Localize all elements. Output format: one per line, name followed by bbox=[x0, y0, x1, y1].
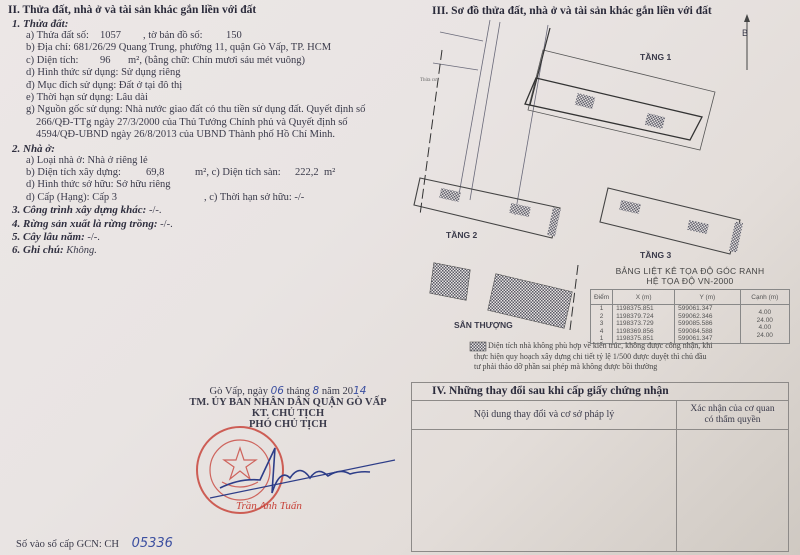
year: 14 bbox=[353, 385, 366, 397]
organization: TM. ỦY BAN NHÂN DÂN QUẬN GÒ VẤP bbox=[178, 397, 398, 408]
build-area-row: b) Diện tích xây dựng: 69,8 m², c) Diện … bbox=[8, 167, 398, 179]
perennial-value: -/-. bbox=[85, 232, 100, 243]
month: 8 bbox=[313, 385, 320, 397]
registry-number-row: Số vào sổ cấp GCN: CH 05336 bbox=[16, 536, 173, 551]
legend-note-2: thực hiện quy hoạch xây dựng chi tiết tỷ… bbox=[474, 352, 713, 363]
area-value: 96 bbox=[100, 55, 111, 67]
col-change-content: Nội dung thay đổi và cơ sở pháp lý bbox=[412, 401, 677, 429]
origin-line-3: 4594/QĐ-UBND ngày 26/8/2013 của UBND Thà… bbox=[8, 129, 398, 141]
build-area-label: b) Diện tích xây dựng: bbox=[26, 167, 121, 178]
address: b) Địa chỉ: 681/26/29 Quang Trung, phườn… bbox=[8, 42, 398, 54]
registry-label: Số vào sổ cấp GCN: CH bbox=[16, 539, 119, 550]
col-authority-confirmation: Xác nhận của cơ quan có thẩm quyền bbox=[677, 401, 788, 429]
grade: d) Cấp (Hạng): Cấp 3 bbox=[26, 192, 117, 203]
legend-note: Diện tích nhà không phù hợp về kiến trúc… bbox=[488, 341, 713, 373]
section-4-title: IV. Những thay đổi sau khi cấp giấy chứn… bbox=[412, 383, 788, 401]
ownership-form: d) Hình thức sở hữu: Sở hữu riêng bbox=[8, 179, 398, 191]
use-purpose: đ) Mục đích sử dụng: Đất ở tại đô thị bbox=[8, 80, 398, 92]
legend-note-3: tư phải tháo dỡ phần sai phép mà không đ… bbox=[474, 362, 713, 373]
registry-number: 05336 bbox=[132, 536, 173, 551]
other-construction-label: 3. Công trình xây dựng khác: bbox=[12, 204, 146, 216]
floor-3-label: TẦNG 3 bbox=[640, 250, 671, 260]
signer-name: Trần Anh Tuấn bbox=[236, 500, 302, 512]
site-diagram: III. Sơ đồ thửa đất, nhà ở và tài sản kh… bbox=[400, 0, 800, 372]
area-label: c) Diện tích: bbox=[26, 55, 78, 66]
col-edge: Cạnh (m) bbox=[740, 290, 789, 305]
note-value: Không. bbox=[64, 245, 97, 256]
parcel-number-row: a) Thửa đất số: 1057 , tờ bản đồ số: 150 bbox=[8, 30, 398, 42]
perennial: 5. Cây lâu năm: -/-. bbox=[8, 231, 398, 244]
role-1: KT. CHỦ TỊCH bbox=[178, 408, 398, 419]
place-date-prefix: Gò Vấp, ngày bbox=[210, 386, 268, 397]
forest: 4. Rừng sản xuất là rừng trồng: -/-. bbox=[8, 218, 398, 231]
year-label: năm 20 bbox=[322, 386, 353, 397]
coord-title-1: BẢNG LIỆT KÊ TỌA ĐỘ GÓC RANH bbox=[590, 266, 790, 276]
coordinate-table-block: BẢNG LIỆT KÊ TỌA ĐỘ GÓC RANH HỆ TỌA ĐỘ V… bbox=[590, 266, 790, 344]
place-date: Gò Vấp, ngày 06 tháng 8 năm 2014 bbox=[178, 385, 398, 397]
ownership-term: , c) Thời hạn sở hữu: -/- bbox=[204, 192, 304, 204]
floor-2-label: TẦNG 2 bbox=[446, 230, 477, 240]
col-point: Điểm bbox=[591, 290, 613, 305]
build-area-value: 69,8 bbox=[146, 167, 164, 179]
house-heading: 2. Nhà ở: bbox=[8, 143, 398, 155]
north-label: B bbox=[742, 28, 748, 38]
note: 6. Ghi chú: Không. bbox=[8, 244, 398, 257]
col-x: X (m) bbox=[613, 290, 675, 305]
perennial-label: 5. Cây lâu năm: bbox=[12, 231, 85, 243]
house-type: a) Loại nhà ở: Nhà ở riêng lẻ bbox=[8, 155, 398, 167]
use-form: d) Hình thức sử dụng: Sử dụng riêng bbox=[8, 67, 398, 79]
area-words: m², (bằng chữ: Chín mươi sáu mét vuông) bbox=[128, 55, 305, 67]
section-2-title: II. Thửa đất, nhà ở và tài sản khác gắn … bbox=[8, 4, 398, 16]
floor-area-value: 222,2 bbox=[295, 167, 319, 179]
other-construction: 3. Công trình xây dựng khác: -/-. bbox=[8, 204, 398, 217]
changes-table: IV. Những thay đổi sau khi cấp giấy chứn… bbox=[411, 382, 789, 552]
parcel-number: 1057 bbox=[100, 30, 121, 42]
land-heading: 1. Thửa đất: bbox=[8, 18, 398, 30]
authority-confirmation-cell bbox=[677, 430, 788, 551]
y-cell: 599061.347599062.346599085.586599084.588… bbox=[675, 305, 741, 344]
coordinate-table: Điểm X (m) Y (m) Cạnh (m) 12341 1198375.… bbox=[590, 289, 790, 344]
col-authority-line-1: Xác nhận của cơ quan bbox=[677, 404, 788, 415]
origin-line-1: g) Nguồn gốc sử dụng: Nhà nước giao đất … bbox=[8, 104, 398, 116]
use-term: e) Thời hạn sử dụng: Lâu dài bbox=[8, 92, 398, 104]
floor-1-label: TẦNG 1 bbox=[640, 52, 671, 62]
forest-value: -/-. bbox=[158, 219, 173, 230]
grade-row: d) Cấp (Hạng): Cấp 3 , c) Thời hạn sở hữ… bbox=[8, 192, 398, 204]
note-label: 6. Ghi chú: bbox=[12, 244, 64, 256]
col-y: Y (m) bbox=[675, 290, 741, 305]
signature-icon bbox=[200, 438, 400, 508]
change-content-cell bbox=[412, 430, 677, 551]
floor-area-unit: m² bbox=[324, 167, 335, 179]
x-cell: 1198375.8511198379.7241198373.7291198369… bbox=[613, 305, 675, 344]
other-construction-value: -/-. bbox=[146, 205, 161, 216]
build-area-unit: m², c) Diện tích sàn: bbox=[195, 167, 281, 179]
table-row: 12341 1198375.8511198379.7241198373.7291… bbox=[591, 305, 790, 344]
points-cell: 12341 bbox=[591, 305, 613, 344]
map-sheet-label: , tờ bản đồ số: bbox=[143, 30, 203, 42]
col-authority-line-2: có thẩm quyền bbox=[677, 415, 788, 426]
coord-title-2: HỆ TỌA ĐỘ VN-2000 bbox=[590, 276, 790, 286]
neighbor-label: Thửa cư bbox=[420, 78, 437, 83]
area-row: c) Diện tích: 96 m², (bằng chữ: Chín mươ… bbox=[8, 55, 398, 67]
land-house-info: II. Thửa đất, nhà ở và tài sản khác gắn … bbox=[8, 4, 398, 258]
origin-line-2: 266/QĐ-TTg ngày 27/3/2000 của Thủ Tướng … bbox=[8, 117, 398, 129]
map-sheet-number: 150 bbox=[226, 30, 242, 42]
rooftop-label: SÂN THƯỢNG bbox=[454, 320, 513, 330]
edge-cell: 4.0024.004.0024.00 bbox=[740, 305, 789, 344]
legend-note-1: Diện tích nhà không phù hợp về kiến trúc… bbox=[488, 341, 713, 352]
month-label: tháng bbox=[287, 386, 310, 397]
parcel-label: a) Thửa đất số: bbox=[26, 30, 89, 41]
forest-label: 4. Rừng sản xuất là rừng trồng: bbox=[12, 218, 158, 230]
day: 06 bbox=[271, 385, 284, 397]
